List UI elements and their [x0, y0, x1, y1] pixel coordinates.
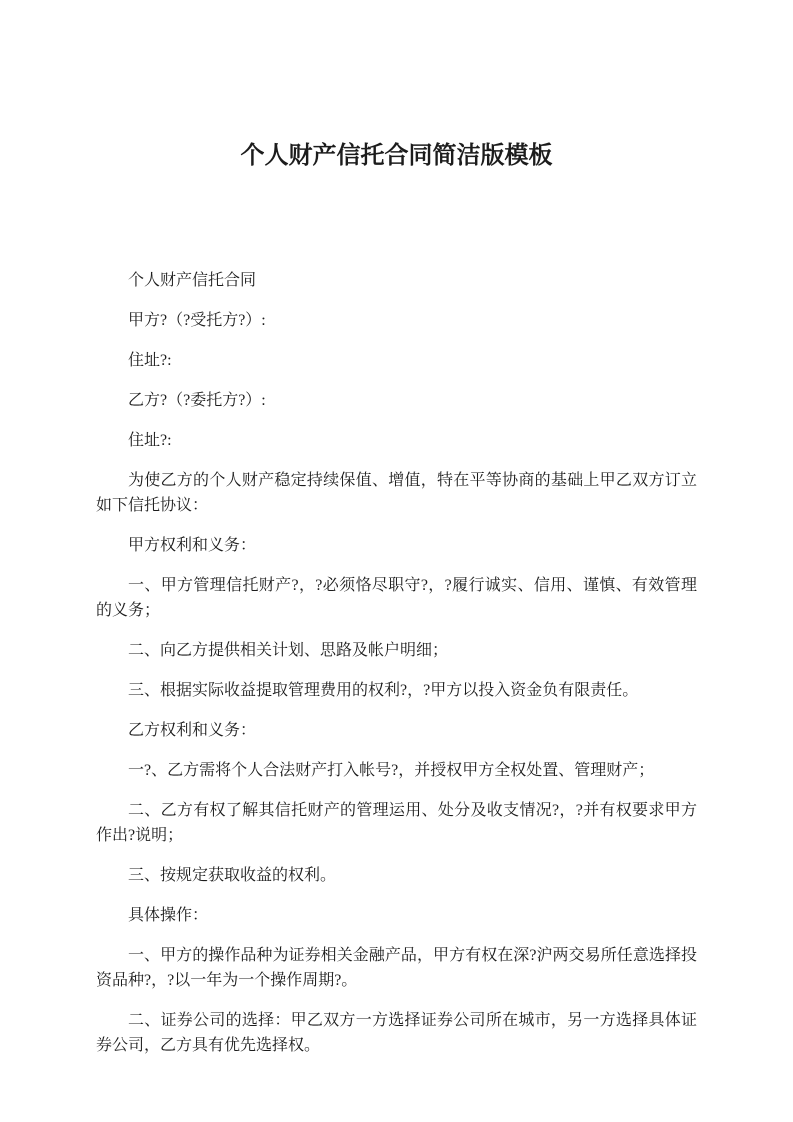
document-page: 个人财产信托合同简洁版模板 个人财产信托合同 甲方?（?受托方?）: 住址?: … — [0, 0, 793, 1122]
party-b-duty-1: 一?、乙方需将个人合法财产打入帐号?，并授权甲方全权处置、管理财产； — [96, 758, 697, 783]
party-a-duty-2: 二、向乙方提供相关计划、思路及帐户明细； — [96, 638, 697, 663]
preamble-paragraph: 为使乙方的个人财产稳定持续保值、增值，特在平等协商的基础上甲乙双方订立如下信托协… — [96, 468, 697, 518]
operation-item-2: 二、证券公司的选择：甲乙双方一方选择证券公司所在城市，另一方选择具体证券公司，乙… — [96, 1008, 697, 1058]
party-a-duty-3: 三、根据实际收益提取管理费用的权利?，?甲方以投入资金负有限责任。 — [96, 678, 697, 703]
party-b-address-line: 住址?: — [96, 428, 697, 453]
party-b-line: 乙方?（?委托方?）: — [96, 388, 697, 413]
party-a-duty-1: 一、甲方管理信托财产?，?必须恪尽职守?，?履行诚实、信用、谨慎、有效管理的义务… — [96, 573, 697, 623]
party-a-rights-heading: 甲方权利和义务： — [96, 533, 697, 558]
document-body: 个人财产信托合同 甲方?（?受托方?）: 住址?: 乙方?（?委托方?）: 住址… — [96, 268, 697, 1058]
party-b-duty-2: 二、乙方有权了解其信托财产的管理运用、处分及收支情况?，?并有权要求甲方作出?说… — [96, 798, 697, 848]
party-b-rights-heading: 乙方权利和义务： — [96, 718, 697, 743]
party-b-duty-3: 三、按规定获取收益的权利。 — [96, 863, 697, 888]
operation-item-1: 一、甲方的操作品种为证券相关金融产品，甲方有权在深?沪两交易所任意选择投资品种?… — [96, 943, 697, 993]
document-title: 个人财产信托合同简洁版模板 — [96, 139, 697, 172]
party-a-line: 甲方?（?受托方?）: — [96, 308, 697, 333]
party-a-address-line: 住址?: — [96, 348, 697, 373]
contract-heading-line: 个人财产信托合同 — [96, 268, 697, 293]
operations-heading: 具体操作： — [96, 903, 697, 928]
